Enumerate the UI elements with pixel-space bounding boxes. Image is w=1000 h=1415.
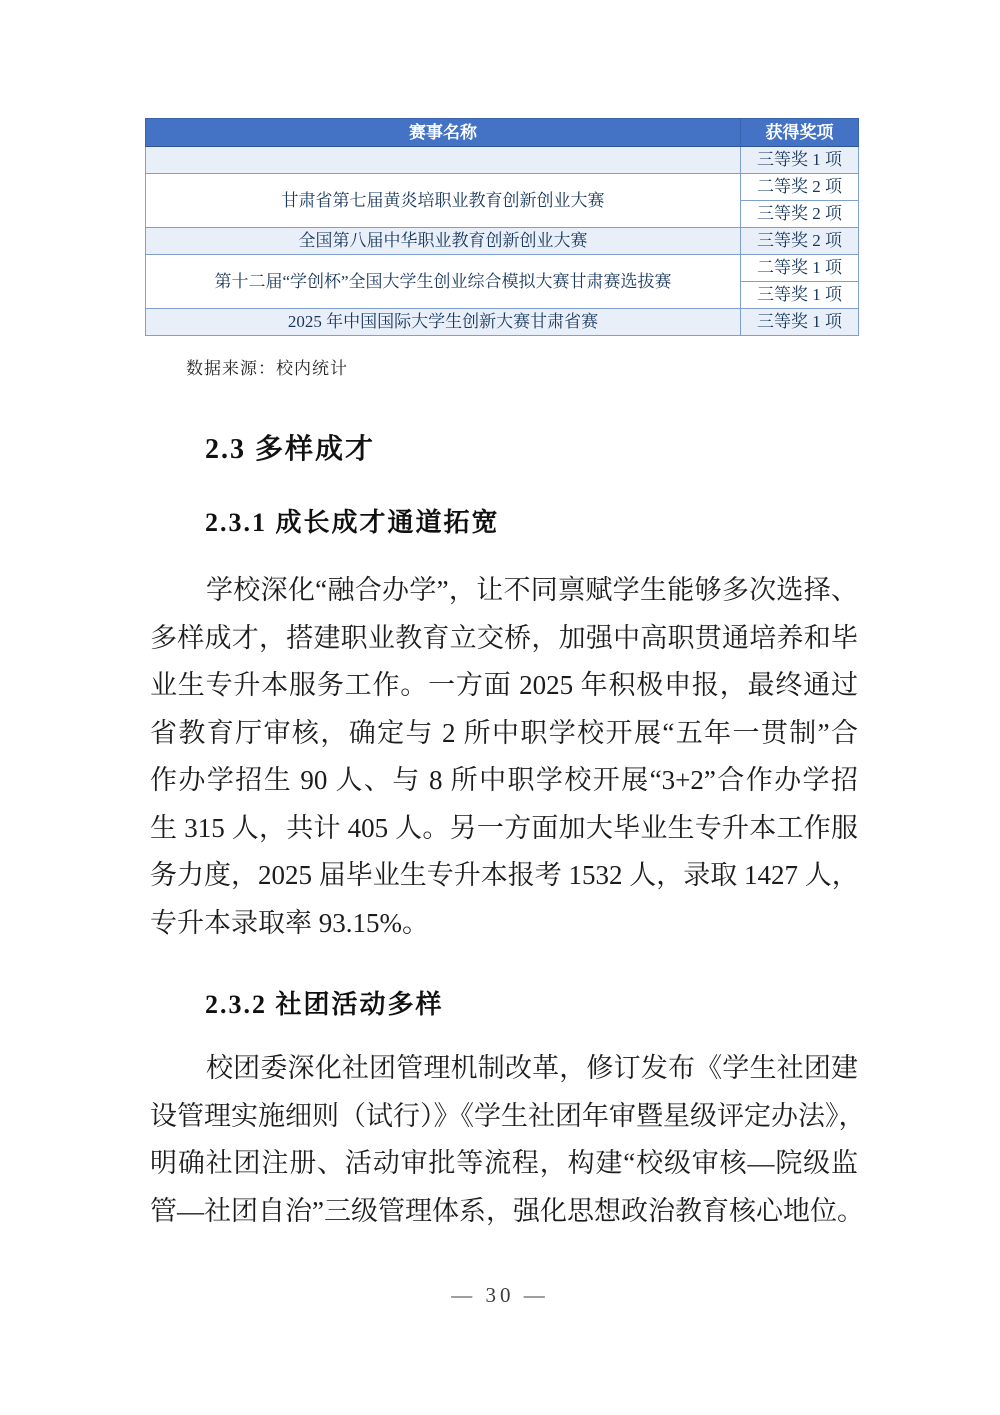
column-header-award: 获得奖项 — [741, 119, 859, 147]
award-cell: 二等奖 2 项 — [741, 174, 859, 201]
award-cell: 三等奖 1 项 — [741, 147, 859, 174]
competition-name-cell: 甘肃省第七届黄炎培职业教育创新创业大赛 — [146, 174, 741, 228]
page-number: — 30 — — [0, 1283, 1000, 1308]
table-row: 2025 年中国国际大学生创新大赛甘肃省赛 三等奖 1 项 — [146, 309, 859, 336]
body-line: 省教育厅审核，确定与 2 所中职学校开展“五年一贯制”合 — [150, 710, 858, 758]
body-line: 设管理实施细则（试行）》《学生社团年审暨星级评定办法》， — [150, 1093, 858, 1141]
award-cell: 三等奖 1 项 — [741, 309, 859, 336]
section-heading-2-3: 2.3 多样成才 — [205, 427, 375, 467]
body-line: 业生专升本服务工作。一方面 2025 年积极申报，最终通过 — [150, 662, 858, 710]
award-cell: 三等奖 2 项 — [741, 228, 859, 255]
document-page: 赛事名称 获得奖项 三等奖 1 项 甘肃省第七届黄炎培职业教育创新创业大赛 二等… — [0, 0, 1000, 1415]
subsection-heading-2-3-2: 2.3.2 社团活动多样 — [205, 984, 444, 1021]
award-cell: 二等奖 1 项 — [741, 255, 859, 282]
body-line: 专升本录取率 93.15%。 — [150, 900, 858, 948]
award-cell: 三等奖 2 项 — [741, 201, 859, 228]
body-line: 多样成才，搭建职业教育立交桥，加强中高职贯通培养和毕 — [150, 615, 858, 663]
data-source-note: 数据来源：校内统计 — [186, 354, 348, 379]
column-header-competition: 赛事名称 — [146, 119, 741, 147]
paragraph-growth-channels: 学校深化“融合办学”，让不同禀赋学生能够多次选择、 多样成才，搭建职业教育立交桥… — [150, 567, 858, 947]
table-row: 甘肃省第七届黄炎培职业教育创新创业大赛 二等奖 2 项 — [146, 174, 859, 201]
competition-name-cell: 2025 年中国国际大学生创新大赛甘肃省赛 — [146, 309, 741, 336]
award-cell: 三等奖 1 项 — [741, 282, 859, 309]
body-line: 学校深化“融合办学”，让不同禀赋学生能够多次选择、 — [150, 567, 858, 615]
body-line: 作办学招生 90 人、与 8 所中职学校开展“3+2”合作办学招 — [150, 757, 858, 805]
competition-name-cell: 第十二届“学创杯”全国大学生创业综合模拟大赛甘肃赛选拔赛 — [146, 255, 741, 309]
body-line: 务力度，2025 届毕业生专升本报考 1532 人，录取 1427 人， — [150, 852, 858, 900]
table-header-row: 赛事名称 获得奖项 — [146, 119, 859, 147]
body-line: 明确社团注册、活动审批等流程，构建“校级审核—院级监 — [150, 1140, 858, 1188]
body-line: 校团委深化社团管理机制改革，修订发布《学生社团建 — [150, 1045, 858, 1093]
body-line: 生 315 人，共计 405 人。另一方面加大毕业生专升本工作服 — [150, 805, 858, 853]
table-row: 第十二届“学创杯”全国大学生创业综合模拟大赛甘肃赛选拔赛 二等奖 1 项 — [146, 255, 859, 282]
subsection-heading-2-3-1: 2.3.1 成长成才通道拓宽 — [205, 502, 500, 539]
table-row: 三等奖 1 项 — [146, 147, 859, 174]
paragraph-club-activities: 校团委深化社团管理机制改革，修订发布《学生社团建 设管理实施细则（试行）》《学生… — [150, 1045, 858, 1235]
awards-table: 赛事名称 获得奖项 三等奖 1 项 甘肃省第七届黄炎培职业教育创新创业大赛 二等… — [145, 118, 859, 336]
table-row: 全国第八届中华职业教育创新创业大赛 三等奖 2 项 — [146, 228, 859, 255]
body-line: 管—社团自治”三级管理体系，强化思想政治教育核心地位。 — [150, 1188, 858, 1236]
competition-name-cell — [146, 147, 741, 174]
competition-name-cell: 全国第八届中华职业教育创新创业大赛 — [146, 228, 741, 255]
